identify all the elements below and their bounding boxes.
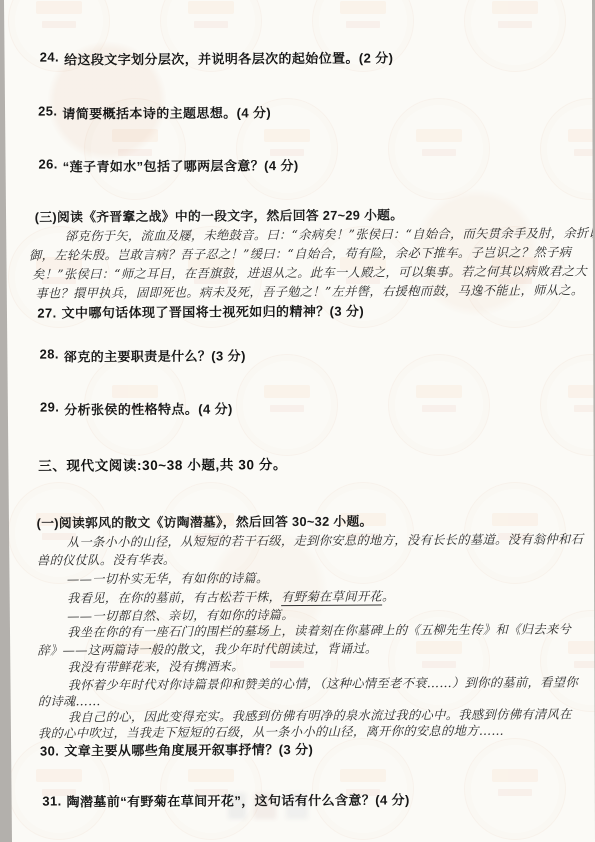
question-29: 29.分析张侯的性格特点。(4 分) xyxy=(40,398,233,418)
question-26-text: “莲子青如水”包括了哪两层含意？(4 分) xyxy=(63,158,299,174)
section-1-intro: (一)阅读郭风的散文《访陶潜墓》，然后回答 30~32 小题。 xyxy=(37,511,373,532)
classical-passage-line-1: 郤克伤于矢，流血及屦，未绝鼓音。曰：“余病矣！”张侯曰：“自始合，而矢贯余手及肘… xyxy=(35,223,595,244)
classical-passage-line-4: 事也？擐甲执兵，固即死也。病未及死，吾子勉之！”左并辔，右援枹而鼓，马逸不能止，… xyxy=(35,280,583,301)
underlined-phrase: 有野菊在草间开花 xyxy=(281,589,382,606)
question-31-text: 陶潜墓前“有野菊在草间开花”，这句话有什么含意？(4 分) xyxy=(67,792,410,809)
question-31-number: 31. xyxy=(42,793,61,808)
question-28: 28.郤克的主要职责是什么？(3 分) xyxy=(40,345,246,365)
question-27: 27.文中哪句话体现了晋国将士视死如归的精神？(3 分) xyxy=(37,301,364,322)
question-27-text: 文中哪句话体现了晋国将士视死如归的精神？(3 分) xyxy=(62,304,365,321)
question-29-text: 分析张侯的性格特点。(4 分) xyxy=(64,401,233,417)
question-25-number: 25. xyxy=(38,103,57,118)
question-25-text: 请简要概括本诗的主题思想。(4 分) xyxy=(62,105,271,121)
prose-line-9: 我怀着少年时代对你诗篇景仰和赞美的心情，（这种心情至老不衰……）到你的墓前，看望… xyxy=(38,672,578,693)
classical-passage-line-3: 矣！”张侯曰：“师之耳目，在吾旗鼓，进退从之。此车一人殿之，可以集事。若之何其以… xyxy=(32,261,587,282)
question-28-number: 28. xyxy=(40,346,59,361)
prose-line-4-pre: 我看见，在你的墓前，有古松若干株， xyxy=(67,590,281,605)
prose-line-4: 我看见，在你的墓前，有古松若干株，有野菊在草间开花。 xyxy=(37,586,395,606)
prose-line-4-post: 。 xyxy=(382,589,395,603)
question-30: 30.文章主要从哪些角度展开叙事抒情？(3 分) xyxy=(40,739,313,760)
question-24: 24.给这段文字划分层次，并说明各层次的起始位置。(2 分) xyxy=(40,47,394,68)
prose-line-6: 我坐在你的有一座石门的围栏的墓场上，读着刻在你墓碑上的《五柳先生传》和《归去来兮 xyxy=(37,619,571,640)
prose-line-8: 我没有带鲜花来，没有携酒来。 xyxy=(37,656,243,675)
question-26-number: 26. xyxy=(38,156,57,171)
classical-passage-line-2: 御，左轮朱殷。岂敢言病？吾子忍之！”缓曰：“自始合，苟有险，余必下推车。子岂识之… xyxy=(29,242,571,263)
question-30-text: 文章主要从哪些角度展开叙事抒情？(3 分) xyxy=(64,742,313,759)
question-27-number: 27. xyxy=(37,305,56,320)
question-25: 25.请简要概括本诗的主题思想。(4 分) xyxy=(38,102,271,122)
page-content: 24.给这段文字划分层次，并说明各层次的起始位置。(2 分) 25.请简要概括本… xyxy=(0,0,595,842)
question-30-number: 30. xyxy=(40,743,59,758)
question-28-text: 郤克的主要职责是什么？(3 分) xyxy=(64,348,246,364)
section-3-intro: (三)阅读《齐晋鞌之战》中的一段文字，然后回答 27~29 小题。 xyxy=(35,204,404,225)
prose-line-2: 兽的仪仗队。没有华表。 xyxy=(37,550,176,569)
question-31: 31.陶潜墓前“有野菊在草间开花”，这句话有什么含意？(4 分) xyxy=(42,789,409,810)
question-24-number: 24. xyxy=(40,49,59,64)
prose-line-1: 从一条小小的山径，从短短的若干石级，走到你安息的地方，没有长长的墓道。没有翁仲和… xyxy=(37,529,584,550)
question-29-number: 29. xyxy=(40,399,59,414)
question-26: 26.“莲子青如水”包括了哪两层含意？(4 分) xyxy=(38,155,298,176)
scanned-exam-page: 24.给这段文字划分层次，并说明各层次的起始位置。(2 分) 25.请简要概括本… xyxy=(0,0,595,842)
question-24-text: 给这段文字划分层次，并说明各层次的起始位置。(2 分) xyxy=(64,50,393,67)
prose-line-3: ——一切朴实无华，有如你的诗篇。 xyxy=(37,568,269,587)
section-modern-reading-heading: 三、现代文阅读:30~38 小题,共 30 分。 xyxy=(38,453,287,475)
